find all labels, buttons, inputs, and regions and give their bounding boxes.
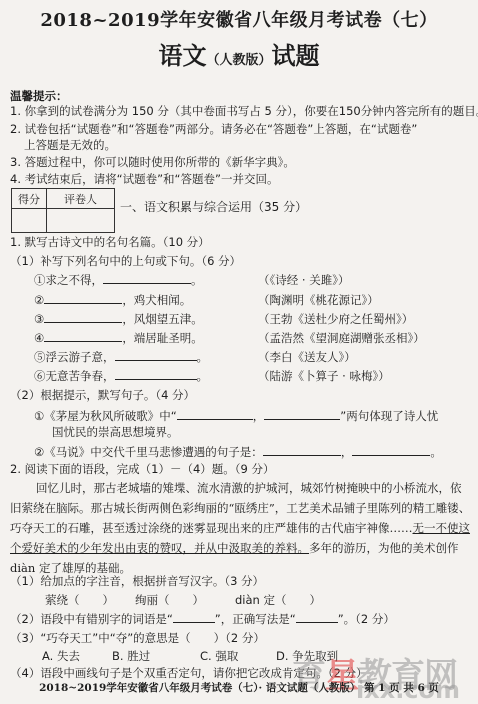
notice-item-2: 2. 试卷包括“试题卷”和“答题卷”两部分。请务必在“答题卷”上答题，在“试题卷… [10,122,417,137]
answer-blank[interactable] [115,369,197,380]
subject-suffix: 试题 [272,41,320,70]
poem-text: ，鸡犬相闻。 [122,293,191,307]
grader-cell[interactable] [47,209,115,233]
poem-text: ② [34,293,44,307]
poem-text: ⑤浮云游子意， [34,350,115,364]
question-text: ， [341,445,353,459]
section-title: 一、语文积累与综合运用（35 分） [120,198,307,215]
q1-sub1: （1）补写下列名句中的上句或下句。（6 分） [10,254,241,269]
notice-item-4: 4. 考试结束后，请将“试题卷”和“答题卷”一并交回。 [10,172,278,187]
q1-stem: 1. 默写古诗文中的名句名篇。（10 分） [10,235,210,250]
option-a[interactable]: A. 失去 [42,649,112,664]
q1-sub2: （2）根据提示，默写句子。（4 分） [10,388,195,403]
poem-source-4: （孟浩然《望洞庭湖赠张丞相》） [258,331,425,346]
poem-line-2: ②，鸡犬相闻。 [34,293,191,308]
poem-source-6: （陆游《卜算子 · 咏梅》） [258,369,390,384]
poem-text: 。 [197,369,209,383]
poem-source-2: （陶渊明《桃花源记》） [258,293,379,308]
poem-text: 。 [197,350,209,364]
poem-source-1: （《诗经 · 关雎》） [258,273,349,288]
subject-label: 语文 [158,41,206,70]
score-cell[interactable] [12,209,47,233]
subject-title: 语文（人教版）试题 [0,36,478,71]
q1-sub2-item-a: ①《茅屋为秋风所破歌》中“，”两句体现了诗人忧 [34,409,438,424]
question-text: ， [253,409,265,423]
pinyin-item-2: 绚丽（ ） [135,593,235,608]
poem-text: ⑥无意苦争春， [34,369,115,383]
answer-blank[interactable] [44,312,122,323]
question-text: ①《茅屋为秋风所破歌》中“ [34,409,177,423]
question-text: ②《马说》中交代千里马悲惨遭遇的句子是： [34,445,263,459]
notice-item-3: 3. 答题过程中，你可以随时使用你所带的《新华字典》。 [10,155,295,170]
page-footer: 2018~2019学年安徽省八年级月考试卷（七）· 语文试题（人教版） 第 1 … [0,680,478,695]
pinyin-row: 萦绕（ ）绚丽（ ）diàn 定（ ） [45,593,321,608]
reading-passage: 回忆儿时，那古老城墙的雉堞、流水清激的护城河，城郊竹树掩映中的小桥流水，依旧萦绕… [10,478,472,578]
question-text: ”两句体现了诗人忧 [340,409,438,423]
poem-source-5: （李白《送友人》） [258,350,356,365]
option-b[interactable]: B. 胜过 [112,649,200,664]
q1-sub2-item-a-cont: 国忧民的崇高思想境界。 [52,425,179,440]
pinyin-item-1: 萦绕（ ） [45,593,135,608]
poem-line-3: ③，风烟望五津。 [34,312,203,327]
poem-line-5: ⑤浮云游子意，。 [34,350,208,365]
poem-text: ④ [34,331,44,345]
passage-text: 回忆儿时，那古老城墙的雉堞、流水清激的护城河，城郊竹树掩映中的小桥流水，依旧萦绕… [10,481,470,535]
poem-text: ③ [34,312,44,326]
poem-text: 。 [191,273,203,287]
q2-sub2: （2）语段中有错别字的词语是“”，正确写法是“”。（2 分） [10,612,395,627]
poem-text: ①求之不得， [34,273,103,287]
answer-blank[interactable] [44,293,122,304]
q1-sub2-item-b: ②《马说》中交代千里马悲惨遭遇的句子是：，。 [34,445,442,460]
poem-line-4: ④，端居耻圣明。 [34,331,203,346]
q2-sub1: （1）给加点的字注音，根据拼音写汉字。（3 分） [10,574,264,589]
poem-text: ，端居耻圣明。 [122,331,203,345]
q2-stem: 2. 阅读下面的语段，完成（1）－（4）题。（9 分） [10,462,274,477]
q2-sub3: （3）“巧夺天工”中“夺”的意思是（ ）（2 分） [10,631,265,646]
poem-line-6: ⑥无意苦争春，。 [34,369,208,384]
question-text: （2）语段中有错别字的词语是“ [10,612,173,626]
answer-blank[interactable] [264,409,340,420]
question-text: ”，正确写法是“ [215,612,296,626]
grader-header: 评卷人 [47,189,115,209]
notice-item-1: 1. 你拿到的试卷满分为 150 分（其中卷面书写占 5 分），你要在150分钟… [10,104,478,119]
answer-blank[interactable] [263,445,341,456]
answer-blank[interactable] [115,350,197,361]
exam-page: 2018~2019学年安徽省八年级月考试卷（七） 语文（人教版）试题 温馨提示：… [0,0,478,704]
notice-heading: 温馨提示： [10,89,68,104]
question-text: ”。（2 分） [338,612,395,626]
edition-label: （人教版） [206,53,271,68]
poem-source-3: （王勃《送杜少府之任蜀州》） [258,312,413,327]
answer-blank[interactable] [103,273,191,284]
answer-blank[interactable] [177,409,253,420]
pinyin-item-3: diàn 定（ ） [235,593,321,607]
poem-text: ，风烟望五津。 [122,312,203,326]
answer-blank[interactable] [173,612,215,623]
answer-blank[interactable] [44,331,122,342]
score-header: 得分 [12,189,47,209]
score-table: 得分 评卷人 [11,188,115,233]
poem-line-1: ①求之不得，。 [34,273,203,288]
notice-item-2-cont: 上答题是无效的。 [24,138,116,153]
answer-blank[interactable] [296,612,338,623]
exam-title: 2018~2019学年安徽省八年级月考试卷（七） [0,6,478,32]
question-text: 。 [430,445,442,459]
option-c[interactable]: C. 强取 [200,649,276,664]
answer-blank[interactable] [352,445,430,456]
